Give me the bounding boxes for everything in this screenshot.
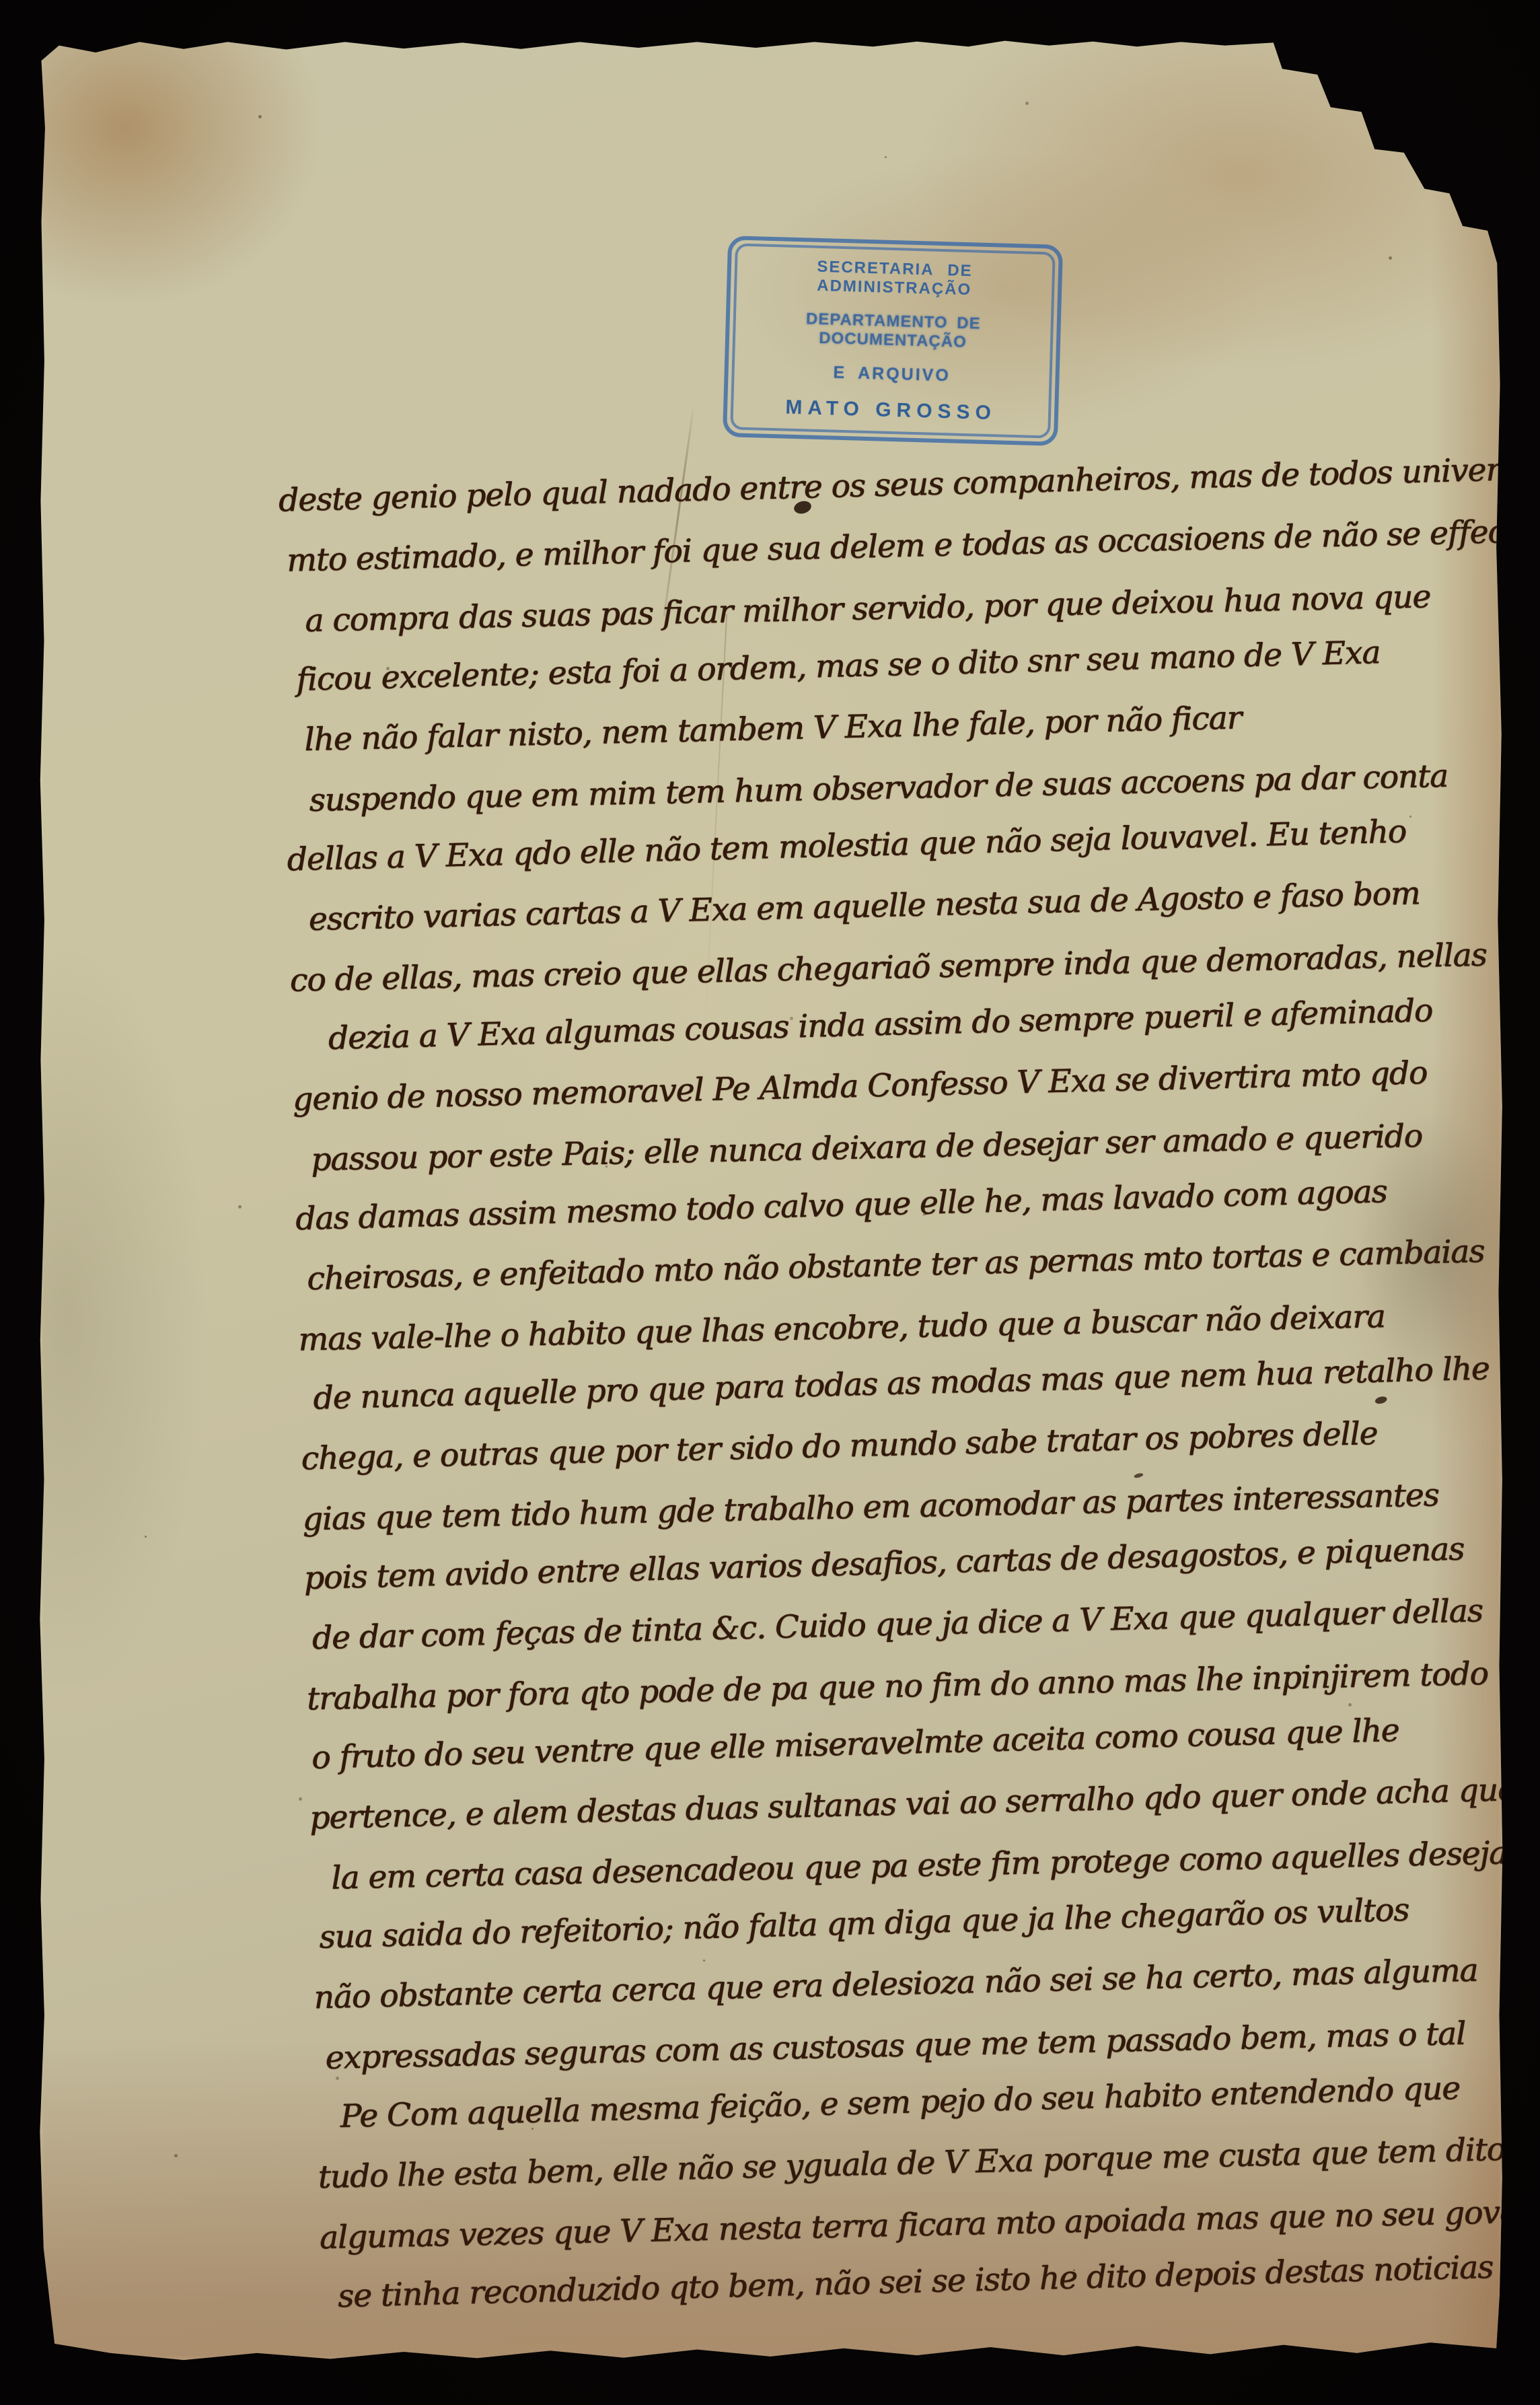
- foxing-specks: [37, 35, 39, 37]
- stamp-line-mato-grosso: MATO GROSSO: [785, 396, 996, 425]
- archive-stamp-text: SECRETARIA DE ADMINISTRAÇÃO DEPARTAMENTO…: [733, 248, 1052, 434]
- stamp-line-arquivo: E ARQUIVO: [833, 363, 951, 386]
- handwritten-letter-body: deste genio pelo qual nadado entre os se…: [278, 441, 1540, 2327]
- stamp-line-secretaria: SECRETARIA DE ADMINISTRAÇÃO: [737, 256, 1052, 302]
- scanned-document-photo: SECRETARIA DE ADMINISTRAÇÃO DEPARTAMENTO…: [0, 0, 1540, 2405]
- archive-stamp: SECRETARIA DE ADMINISTRAÇÃO DEPARTAMENTO…: [723, 236, 1063, 446]
- stamp-line-departamento: DEPARTAMENTO DE DOCUMENTAÇÃO: [736, 308, 1050, 355]
- manuscript-paper-sheet: SECRETARIA DE ADMINISTRAÇÃO DEPARTAMENTO…: [37, 35, 1504, 2365]
